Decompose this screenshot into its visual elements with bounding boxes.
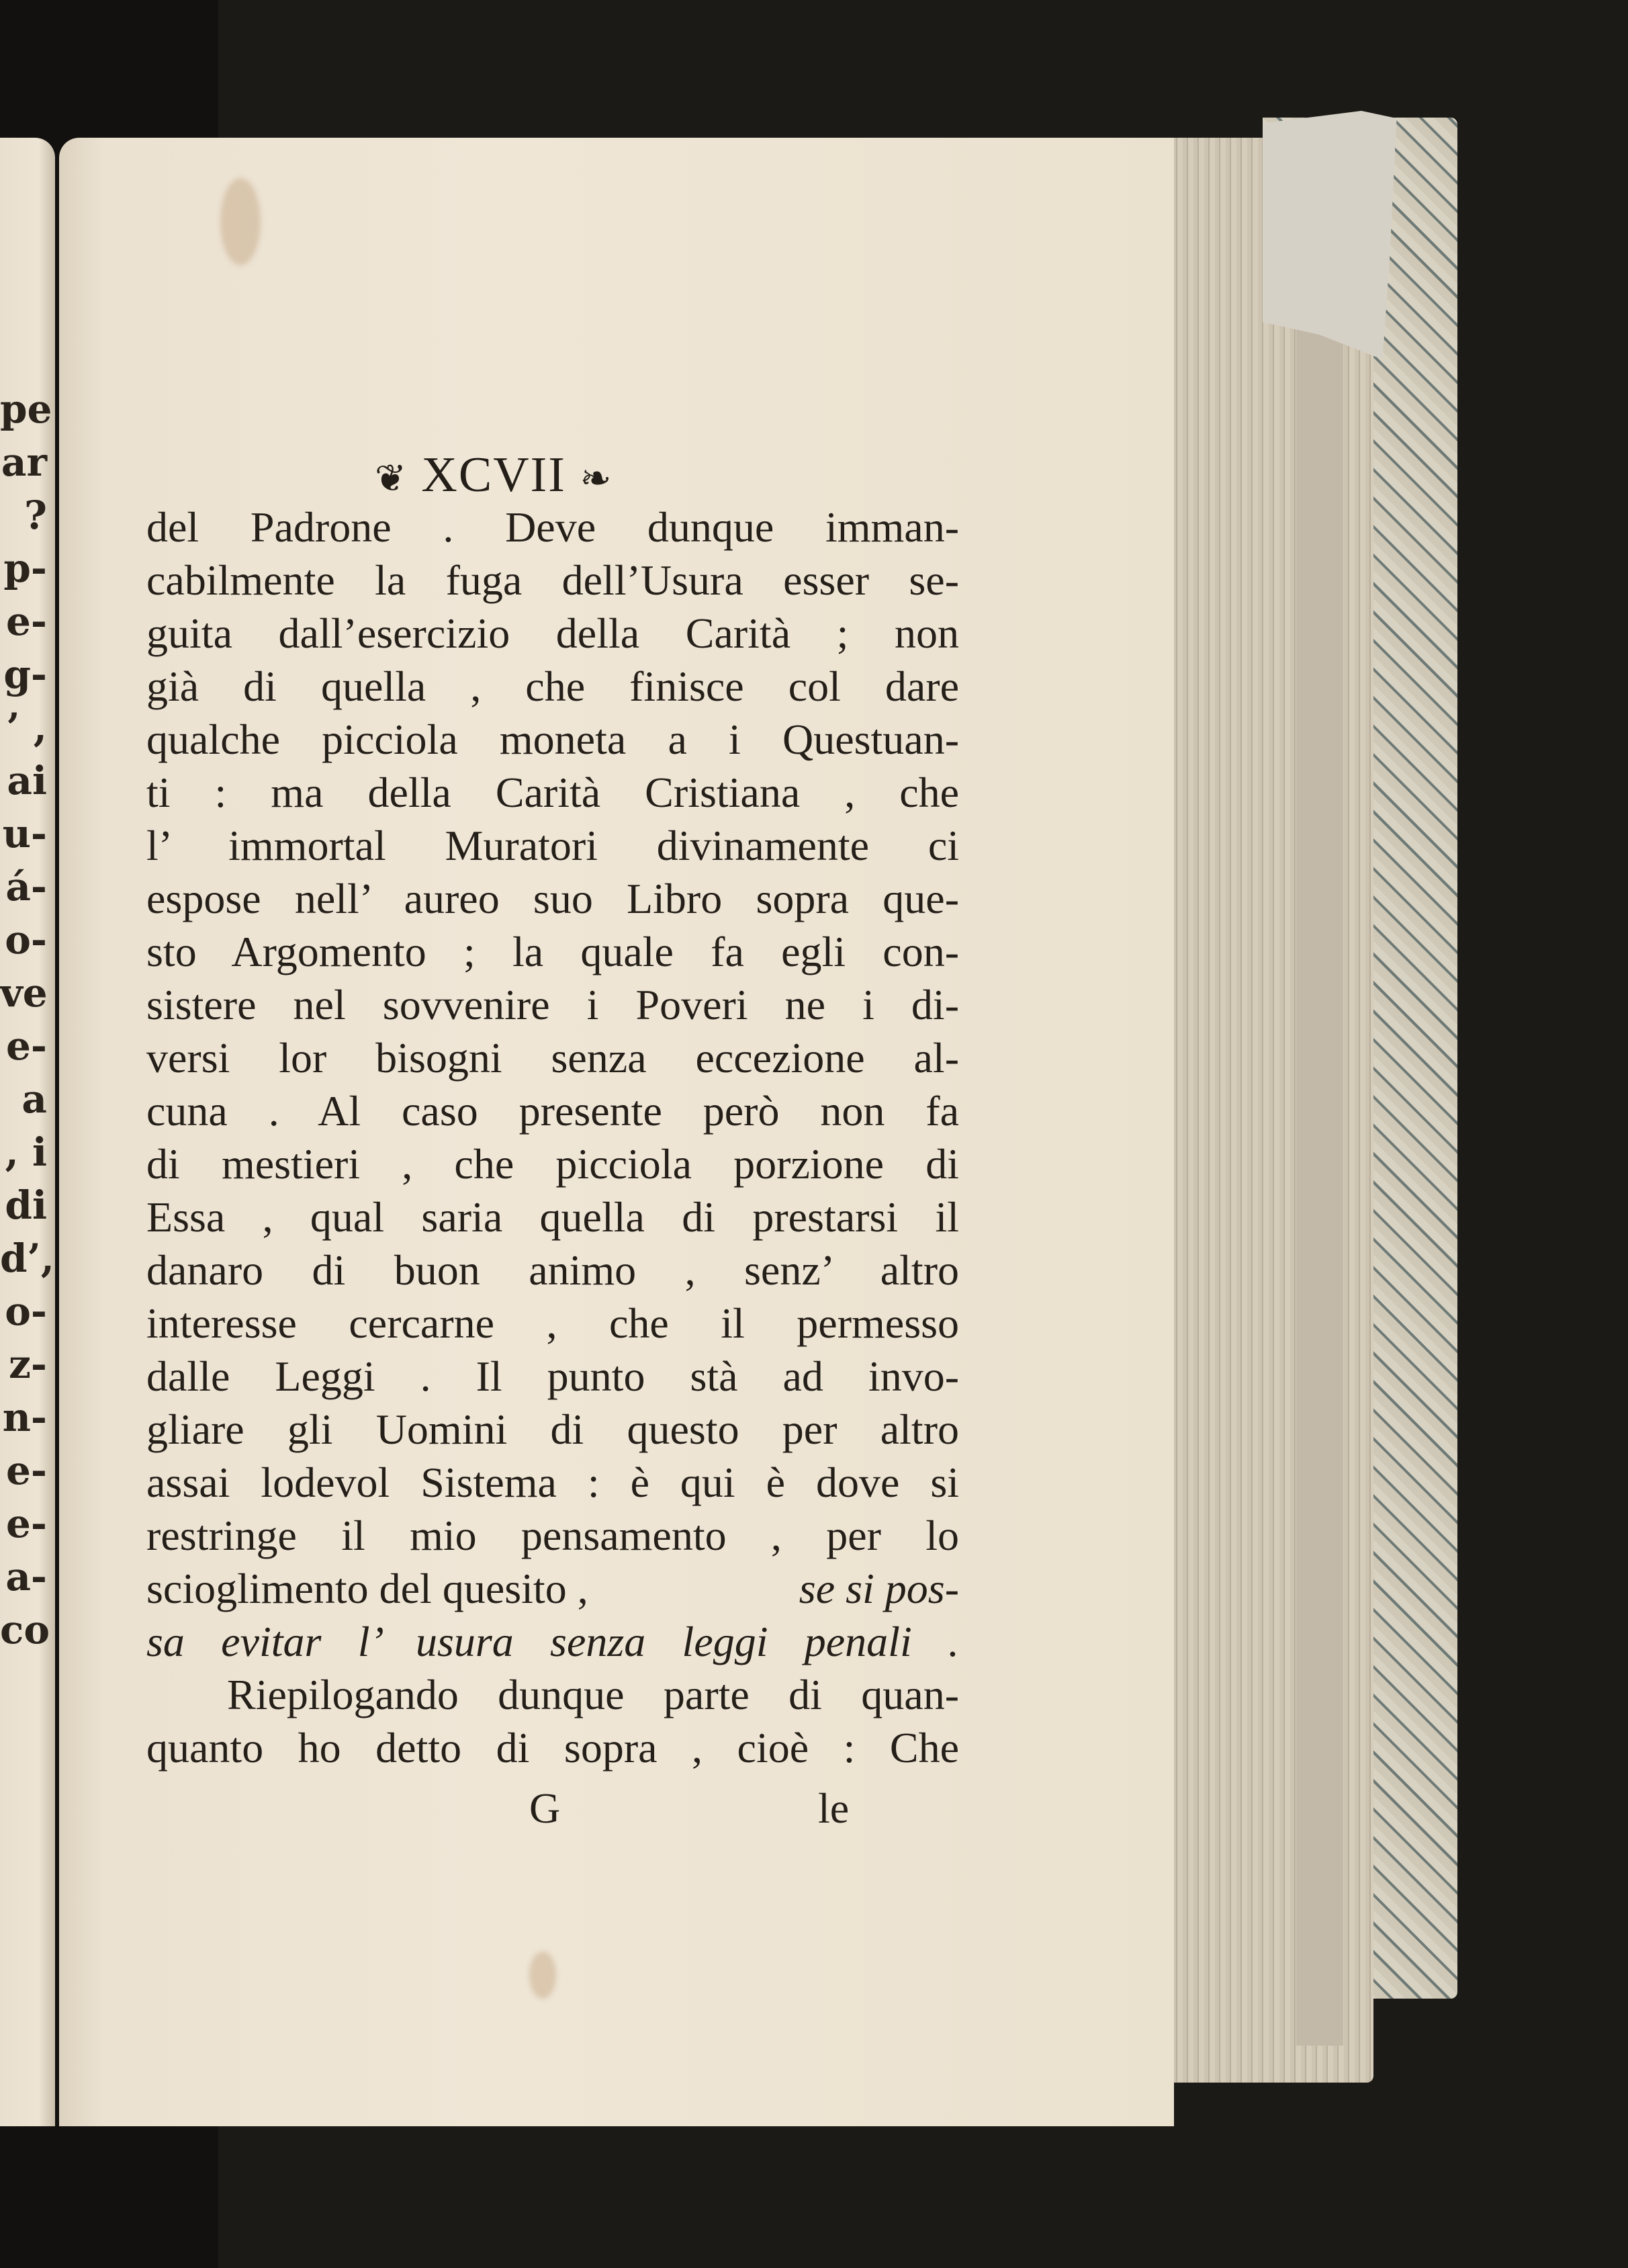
italic-text-line: sa evitar l’ usura senza leggi penali . — [146, 1615, 959, 1668]
fleuron-left-icon: ❦ — [375, 458, 408, 500]
text-line: di mestieri , che picciola porzione di — [146, 1137, 959, 1190]
catchword: le — [818, 1784, 849, 1833]
left-fragment: d’, — [0, 1235, 47, 1281]
torn-flyleaf — [1263, 111, 1404, 359]
left-fragment: o- — [0, 1289, 47, 1334]
signature-mark: G — [529, 1784, 560, 1833]
left-fragment: ve — [0, 970, 47, 1016]
text-line: assai lodevol Sistema : è qui è dove si — [146, 1456, 959, 1509]
text-line: cabilmente la fuga dell’Usura esser se- — [146, 554, 959, 607]
left-fragment: p- — [0, 546, 47, 591]
fleuron-right-icon: ❧ — [580, 458, 613, 500]
text-line: espose nell’ aureo suo Libro sopra que- — [146, 872, 959, 925]
page-stack-edge — [1172, 138, 1373, 2083]
text-line: versi lor bisogni senza eccezione al- — [146, 1031, 959, 1084]
left-fragment: di — [0, 1182, 47, 1228]
italic-segment: se si pos- — [799, 1562, 959, 1615]
left-fragment: e- — [0, 1448, 47, 1493]
text-segment: scioglimento del quesito , — [146, 1562, 588, 1615]
text-line: l’ immortal Muratori divinamente ci — [146, 819, 959, 872]
text-line: quanto ho detto di sopra , cioè : Che — [146, 1721, 959, 1774]
text-line: ti : ma della Carità Cristiana , che — [146, 766, 959, 819]
left-fragment: ? — [0, 492, 47, 538]
left-fragment: o- — [0, 917, 47, 963]
right-page: ❦ XCVII ❧ del Padrone . Deve dunque imma… — [59, 138, 1174, 2126]
body-text: del Padrone . Deve dunque imman- cabilme… — [146, 500, 959, 1774]
left-fragment: ai — [0, 758, 47, 803]
page-stack-inner — [1296, 165, 1343, 2046]
text-line: sto Argomento ; la quale fa egli con- — [146, 925, 959, 978]
left-fragment: n- — [0, 1395, 47, 1440]
text-line: gliare gli Uomini di questo per altro — [146, 1403, 959, 1456]
left-fragment: u- — [0, 811, 47, 857]
left-fragment: pe — [0, 386, 47, 432]
text-line: guita dall’esercizio della Carità ; non — [146, 607, 959, 660]
text-line: del Padrone . Deve dunque imman- — [146, 500, 959, 554]
left-fragment: e- — [0, 599, 47, 644]
left-fragment: z- — [0, 1342, 47, 1387]
text-line: restringe il mio pensamento , per lo — [146, 1509, 959, 1562]
left-fragment: g- — [0, 652, 47, 697]
left-fragment: a- — [0, 1554, 47, 1600]
foxing-stain — [220, 178, 261, 265]
page-number: XCVII — [421, 447, 566, 503]
left-page: pe ar ? p- e- g- ’ , ai u- á- o- ve e- a… — [0, 138, 55, 2126]
left-fragment: ar — [0, 439, 47, 485]
left-fragment: e- — [0, 1501, 47, 1546]
page-header: ❦ XCVII ❧ — [375, 447, 613, 504]
text-line: sistere nel sovvenire i Poveri ne i di- — [146, 978, 959, 1031]
text-line: scioglimento del quesito , se si pos- — [146, 1562, 959, 1615]
paragraph-start-line: Riepilogando dunque parte di quan- — [146, 1668, 959, 1721]
text-line: qualche picciola moneta a i Questuan- — [146, 713, 959, 766]
text-line: interesse cercarne , che il permesso — [146, 1297, 959, 1350]
text-line: cuna . Al caso presente però non fa — [146, 1084, 959, 1137]
text-line: Essa , qual saria quella di prestarsi il — [146, 1190, 959, 1244]
left-fragment: co — [0, 1607, 47, 1653]
left-fragment: e- — [0, 1023, 47, 1069]
text-line: già di quella , che finisce col dare — [146, 660, 959, 713]
foxing-stain — [529, 1952, 556, 1999]
left-fragment: á- — [0, 864, 47, 910]
left-fragment: a — [0, 1076, 47, 1122]
left-fragment: ’ , — [0, 705, 47, 750]
text-line: dalle Leggi . Il punto stà ad invo- — [146, 1350, 959, 1403]
text-line: danaro di buon animo , senz’ altro — [146, 1244, 959, 1297]
left-fragment: , i — [0, 1129, 47, 1175]
